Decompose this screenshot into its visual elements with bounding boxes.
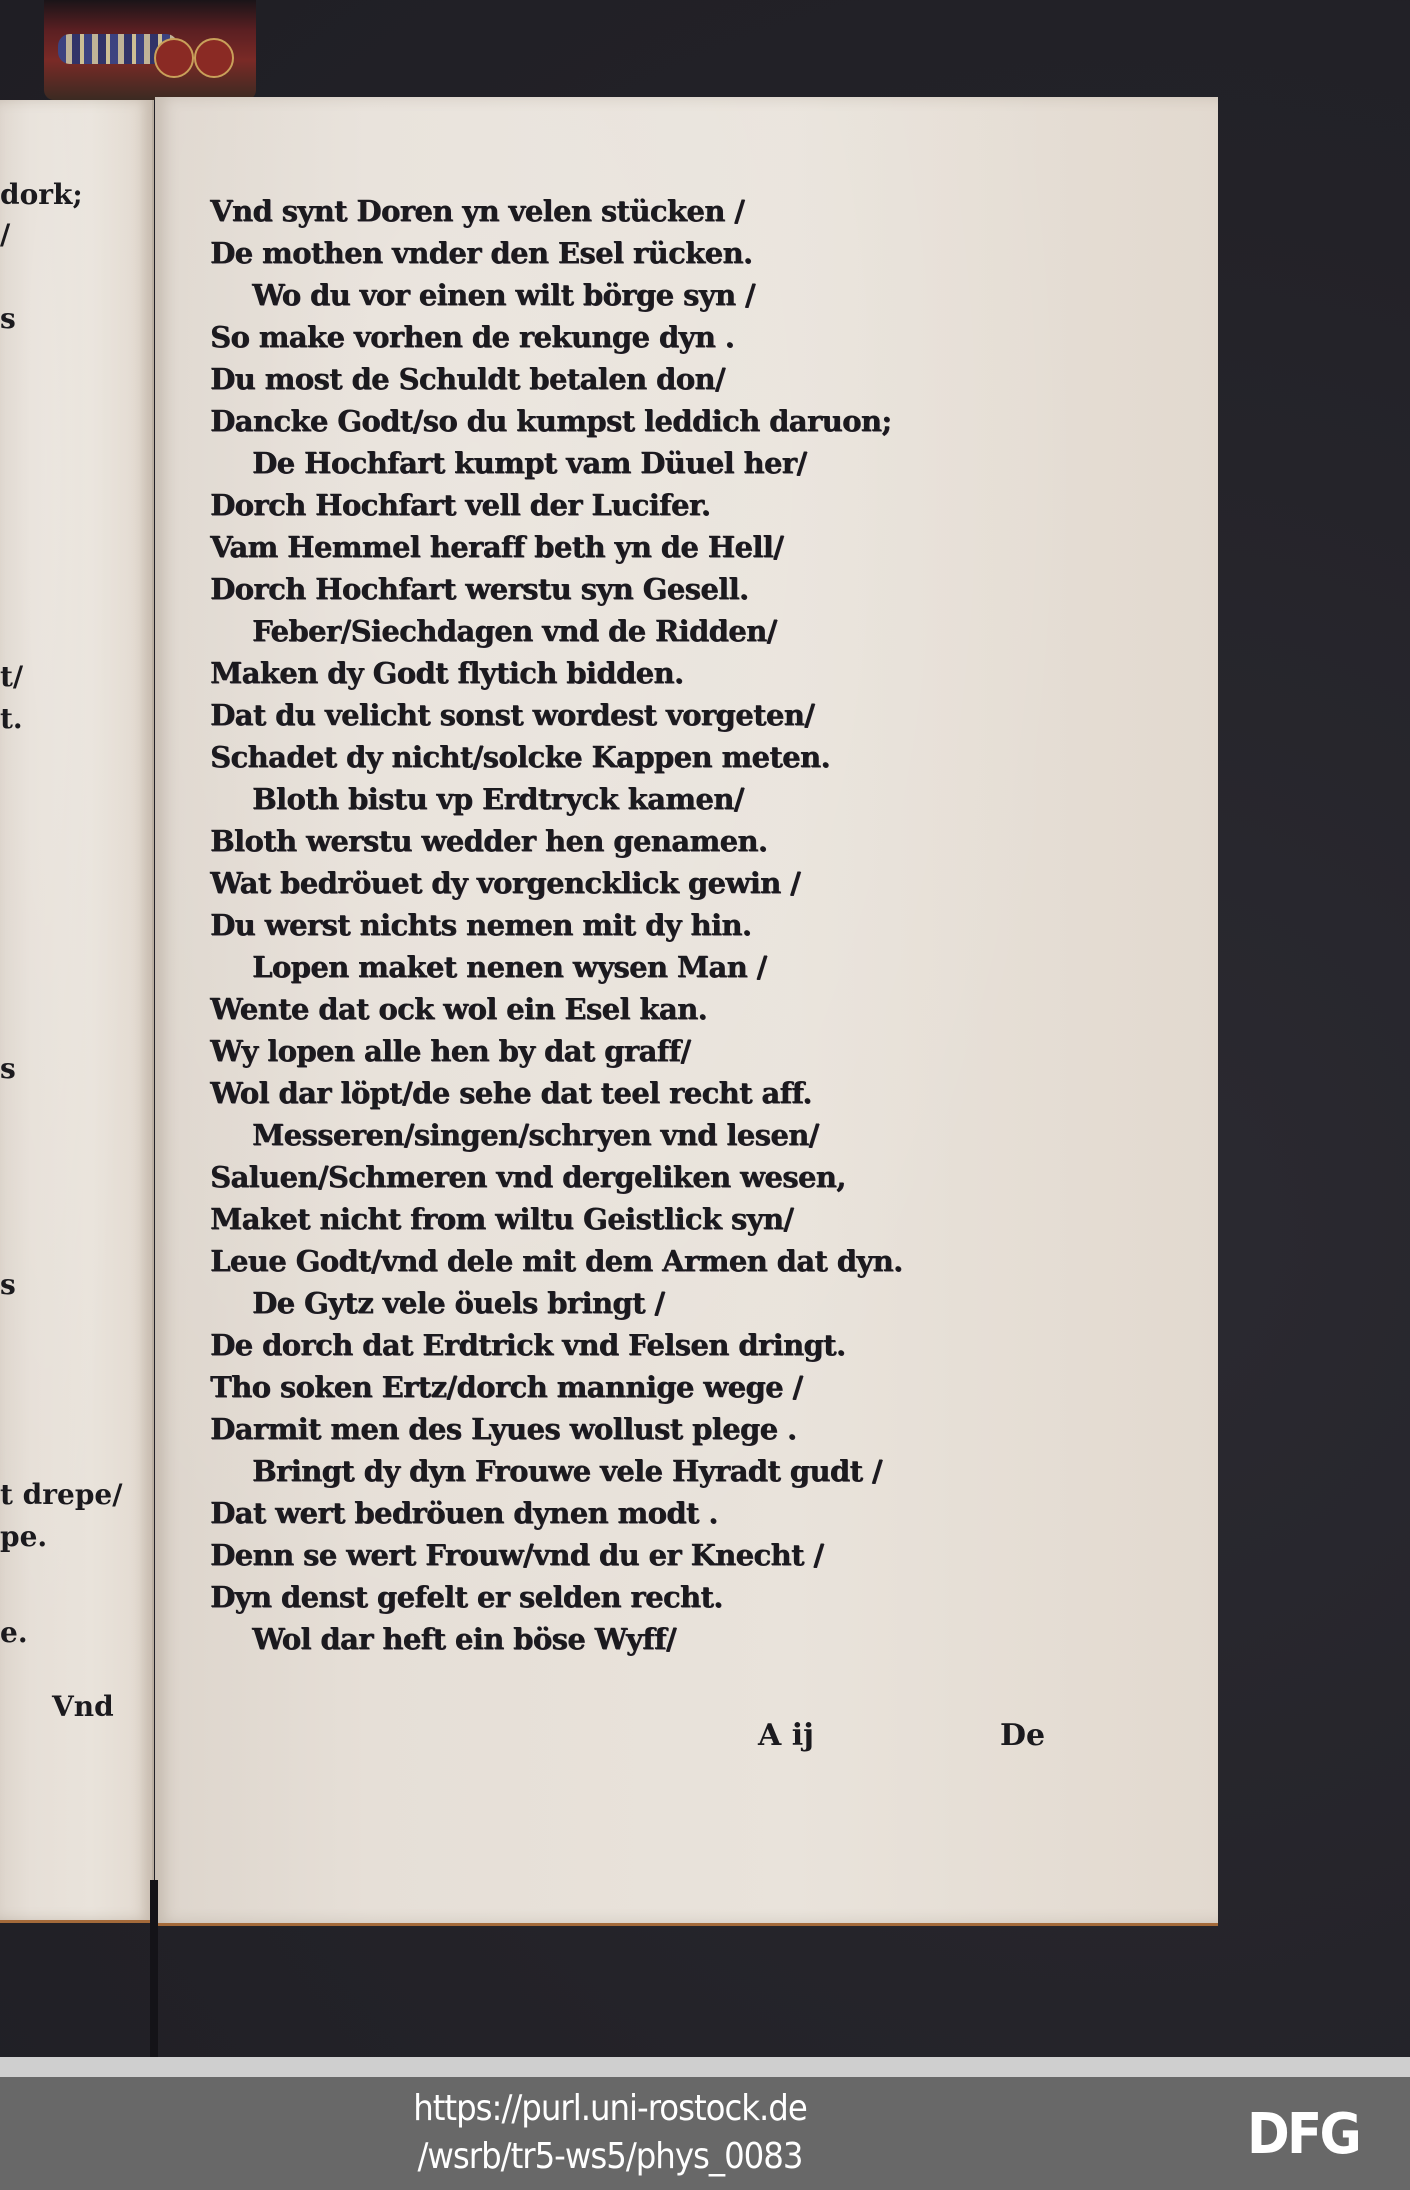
text-line: Feber/Siechdagen vnd de Ridden/ <box>210 610 1090 652</box>
signature-mark: A ij <box>758 1718 814 1753</box>
text-line: Vam Hemmel heraff beth yn de Hell/ <box>210 526 1090 568</box>
text-line: Saluen/Schmeren vnd dergeliken wesen, <box>210 1156 1090 1198</box>
left-page-text-fragment: e. <box>0 1616 28 1649</box>
text-line: Wente dat ock wol ein Esel kan. <box>210 988 1090 1030</box>
permalink-line-1[interactable]: https://purl.uni-rostock.de <box>330 2085 890 2133</box>
footer-bar: https://purl.uni-rostock.de /wsrb/tr5-ws… <box>0 2077 1410 2190</box>
text-line: Wo du vor einen wilt börge syn / <box>210 274 1090 316</box>
left-page-text-fragment: s <box>0 1052 16 1085</box>
text-line: Dorch Hochfart vell der Lucifer. <box>210 484 1090 526</box>
text-line: Dyn denst gefelt er selden recht. <box>210 1576 1090 1618</box>
left-page-text-fragment: dork; <box>0 178 83 211</box>
left-page-text-fragment: s <box>0 302 16 335</box>
permalink[interactable]: https://purl.uni-rostock.de /wsrb/tr5-ws… <box>330 2085 890 2181</box>
gutter-shadow <box>150 1880 158 2057</box>
text-line: De dorch dat Erdtrick vnd Felsen dringt. <box>210 1324 1090 1366</box>
text-line: Bloth werstu wedder hen genamen. <box>210 820 1090 862</box>
text-line: Bloth bistu vp Erdtryck kamen/ <box>210 778 1090 820</box>
text-line: Maken dy Godt flytich bidden. <box>210 652 1090 694</box>
catchword: De <box>1000 1718 1045 1753</box>
left-page-text-fragment: t. <box>0 702 23 735</box>
text-line: Dat du velicht sonst wordest vorgeten/ <box>210 694 1090 736</box>
text-line: Dancke Godt/so du kumpst leddich daruon; <box>210 400 1090 442</box>
text-line: De Gytz vele öuels bringt / <box>210 1282 1090 1324</box>
footer-divider <box>0 2057 1410 2077</box>
left-page-text-fragment: pe. <box>0 1520 47 1553</box>
text-line: Denn se wert Frouw/vnd du er Knecht / <box>210 1534 1090 1576</box>
text-line: Wy lopen alle hen by dat graff/ <box>210 1030 1090 1072</box>
text-line: So make vorhen de rekunge dyn . <box>210 316 1090 358</box>
permalink-line-2[interactable]: /wsrb/tr5-ws5/phys_0083 <box>330 2133 890 2181</box>
text-line: Darmit men des Lyues wollust plege . <box>210 1408 1090 1450</box>
text-line: Wat bedröuet dy vorgencklick gewin / <box>210 862 1090 904</box>
dfg-logo: DFG <box>1247 2107 1359 2163</box>
text-line: De Hochfart kumpt vam Düuel her/ <box>210 442 1090 484</box>
left-page-text-fragment: Vnd <box>52 1690 114 1723</box>
text-line: Bringt dy dyn Frouwe vele Hyradt gudt / <box>210 1450 1090 1492</box>
text-line: Leue Godt/vnd dele mit dem Armen dat dyn… <box>210 1240 1090 1282</box>
text-line: Wol dar heft ein böse Wyff/ <box>210 1618 1090 1660</box>
text-line: Du werst nichts nemen mit dy hin. <box>210 904 1090 946</box>
left-page-text-fragment: / <box>0 218 10 251</box>
left-page-text-fragment: t drepe/ <box>0 1478 122 1511</box>
text-line: Wol dar löpt/de sehe dat teel recht aff. <box>210 1072 1090 1114</box>
text-line: Tho soken Ertz/dorch mannige wege / <box>210 1366 1090 1408</box>
left-page <box>0 100 154 1923</box>
text-line: Vnd synt Doren yn velen stücken / <box>210 190 1090 232</box>
binding-ring <box>154 38 194 78</box>
text-line: Lopen maket nenen wysen Man / <box>210 946 1090 988</box>
text-line: Dat wert bedröuen dynen modt . <box>210 1492 1090 1534</box>
text-line: Du most de Schuldt betalen don/ <box>210 358 1090 400</box>
left-page-text-fragment: t/ <box>0 660 23 693</box>
book-binding-ornament <box>44 0 256 100</box>
text-line: Schadet dy nicht/solcke Kappen meten. <box>210 736 1090 778</box>
text-line: Maket nicht from wiltu Geistlick syn/ <box>210 1198 1090 1240</box>
text-line: Messeren/singen/schryen vnd lesen/ <box>210 1114 1090 1156</box>
text-line: De mothen vnder den Esel rücken. <box>210 232 1090 274</box>
text-line: Dorch Hochfart werstu syn Gesell. <box>210 568 1090 610</box>
binding-ring <box>194 38 234 78</box>
page-text-block: Vnd synt Doren yn velen stücken /De moth… <box>210 190 1090 1660</box>
left-page-text-fragment: s <box>0 1268 16 1301</box>
